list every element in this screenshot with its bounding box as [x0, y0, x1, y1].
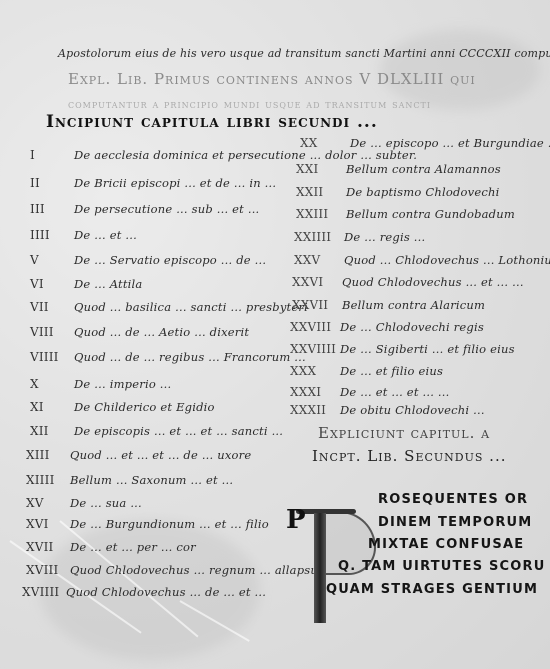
heading-line-3: computantur a principio mundi usque ad t… — [68, 97, 431, 111]
chapter-entry: XXVIQuod Chlodovechus ... et ... ... — [292, 275, 524, 289]
chapter-entry: XXXIIDe obitu Chlodovechi ... — [290, 403, 485, 417]
chapter-entry: IIIIDe ... et ... — [30, 228, 137, 242]
incipit-text-line-2: DINEM TEMPORUM — [378, 515, 532, 530]
chapter-entry: XXIBellum contra Alamannos — [296, 162, 501, 176]
decorated-initial-p: P — [278, 495, 330, 635]
incipit-text-line-4: Q. TAM UIRTUTES SCORU — [338, 559, 546, 574]
chapter-entry: XIDe Childerico et Egidio — [30, 400, 215, 414]
chapter-entry: XXXIDe ... et ... et ... ... — [290, 385, 449, 399]
incipit-text-line-1: ROSEQUENTES OR — [378, 492, 528, 507]
incipit-text-line-3: MIXTAE CONFUSAE — [368, 537, 524, 552]
chapter-entry: XXVIIBellum contra Alaricum — [292, 298, 485, 312]
chapter-entry: IIIDe persecutione ... sub ... et ... — [30, 202, 259, 216]
heading-line-1: Apostolorum eius de his vero usque ad tr… — [58, 47, 550, 60]
chapter-entry: XVIIIIQuod Chlodovechus ... de ... et ..… — [22, 585, 266, 599]
chapter-entry: IDe aecclesia dominica et persecutione .… — [30, 148, 417, 162]
chapter-entry: VIIQuod ... basilica ... sancti ... pres… — [30, 300, 308, 314]
chapter-entry: XVIDe ... Burgundionum ... et ... filio — [26, 517, 269, 531]
chapter-entry: XXVQuod ... Chlodovechus ... Lothoniug — [294, 253, 550, 267]
heading-line-2: Expl. Lib. Primus continens annos V DLXL… — [68, 70, 476, 88]
incipit-liber-secundus: Incpt. Lib. Secundus ... — [312, 447, 506, 465]
chapter-entry: XVIIDe ... et ... per ... cor — [26, 540, 196, 554]
chapter-entry: VIIIIQuod ... de ... regibus ... Francor… — [30, 350, 306, 364]
chapter-entry: XXIIIIDe ... regis ... — [294, 230, 425, 244]
chapter-entry: XXVIIIDe ... Chlodovechi regis — [290, 320, 484, 334]
chapter-entry: VIIIQuod ... de ... Aetio ... dixerit — [30, 325, 249, 339]
explicit-capitula: Expliciunt capitul. a — [318, 424, 490, 442]
chapter-entry: XVDe ... sua ... — [26, 496, 142, 510]
chapter-entry: XXXDe ... et filio eius — [290, 364, 443, 378]
chapter-entry: IIDe Bricii episcopi ... et de ... in ..… — [30, 176, 276, 190]
chapter-entry: XIIDe episcopis ... et ... et ... sancti… — [30, 424, 283, 438]
incipit-capitula-title: Incipiunt capitula libri secundi ... — [46, 112, 378, 132]
manuscript-page: Apostolorum eius de his vero usque ad tr… — [0, 0, 550, 669]
chapter-entry: VIDe ... Attila — [30, 277, 142, 291]
incipit-text-line-5: QUAM STRAGES GENTIUM — [326, 582, 538, 597]
chapter-entry: XXDe ... episcopo ... et Burgundiae ... — [300, 136, 550, 150]
chapter-entry: XVIIIQuod Chlodovechus ... regnum ... al… — [26, 563, 318, 577]
chapter-entry: XXIIIBellum contra Gundobadum — [296, 207, 515, 221]
chapter-entry: XXIIDe baptismo Chlodovechi — [296, 185, 499, 199]
chapter-entry: XIIIIBellum ... Saxonum ... et ... — [26, 473, 233, 487]
chapter-entry: XIIIQuod ... et ... et ... de ... uxore — [26, 448, 251, 462]
chapter-entry: XXVIIIIDe ... Sigiberti ... et filio eiu… — [290, 342, 515, 356]
chapter-entry: XDe ... imperio ... — [30, 377, 171, 391]
chapter-entry: VDe ... Servatio episcopo ... de ... — [30, 253, 266, 267]
